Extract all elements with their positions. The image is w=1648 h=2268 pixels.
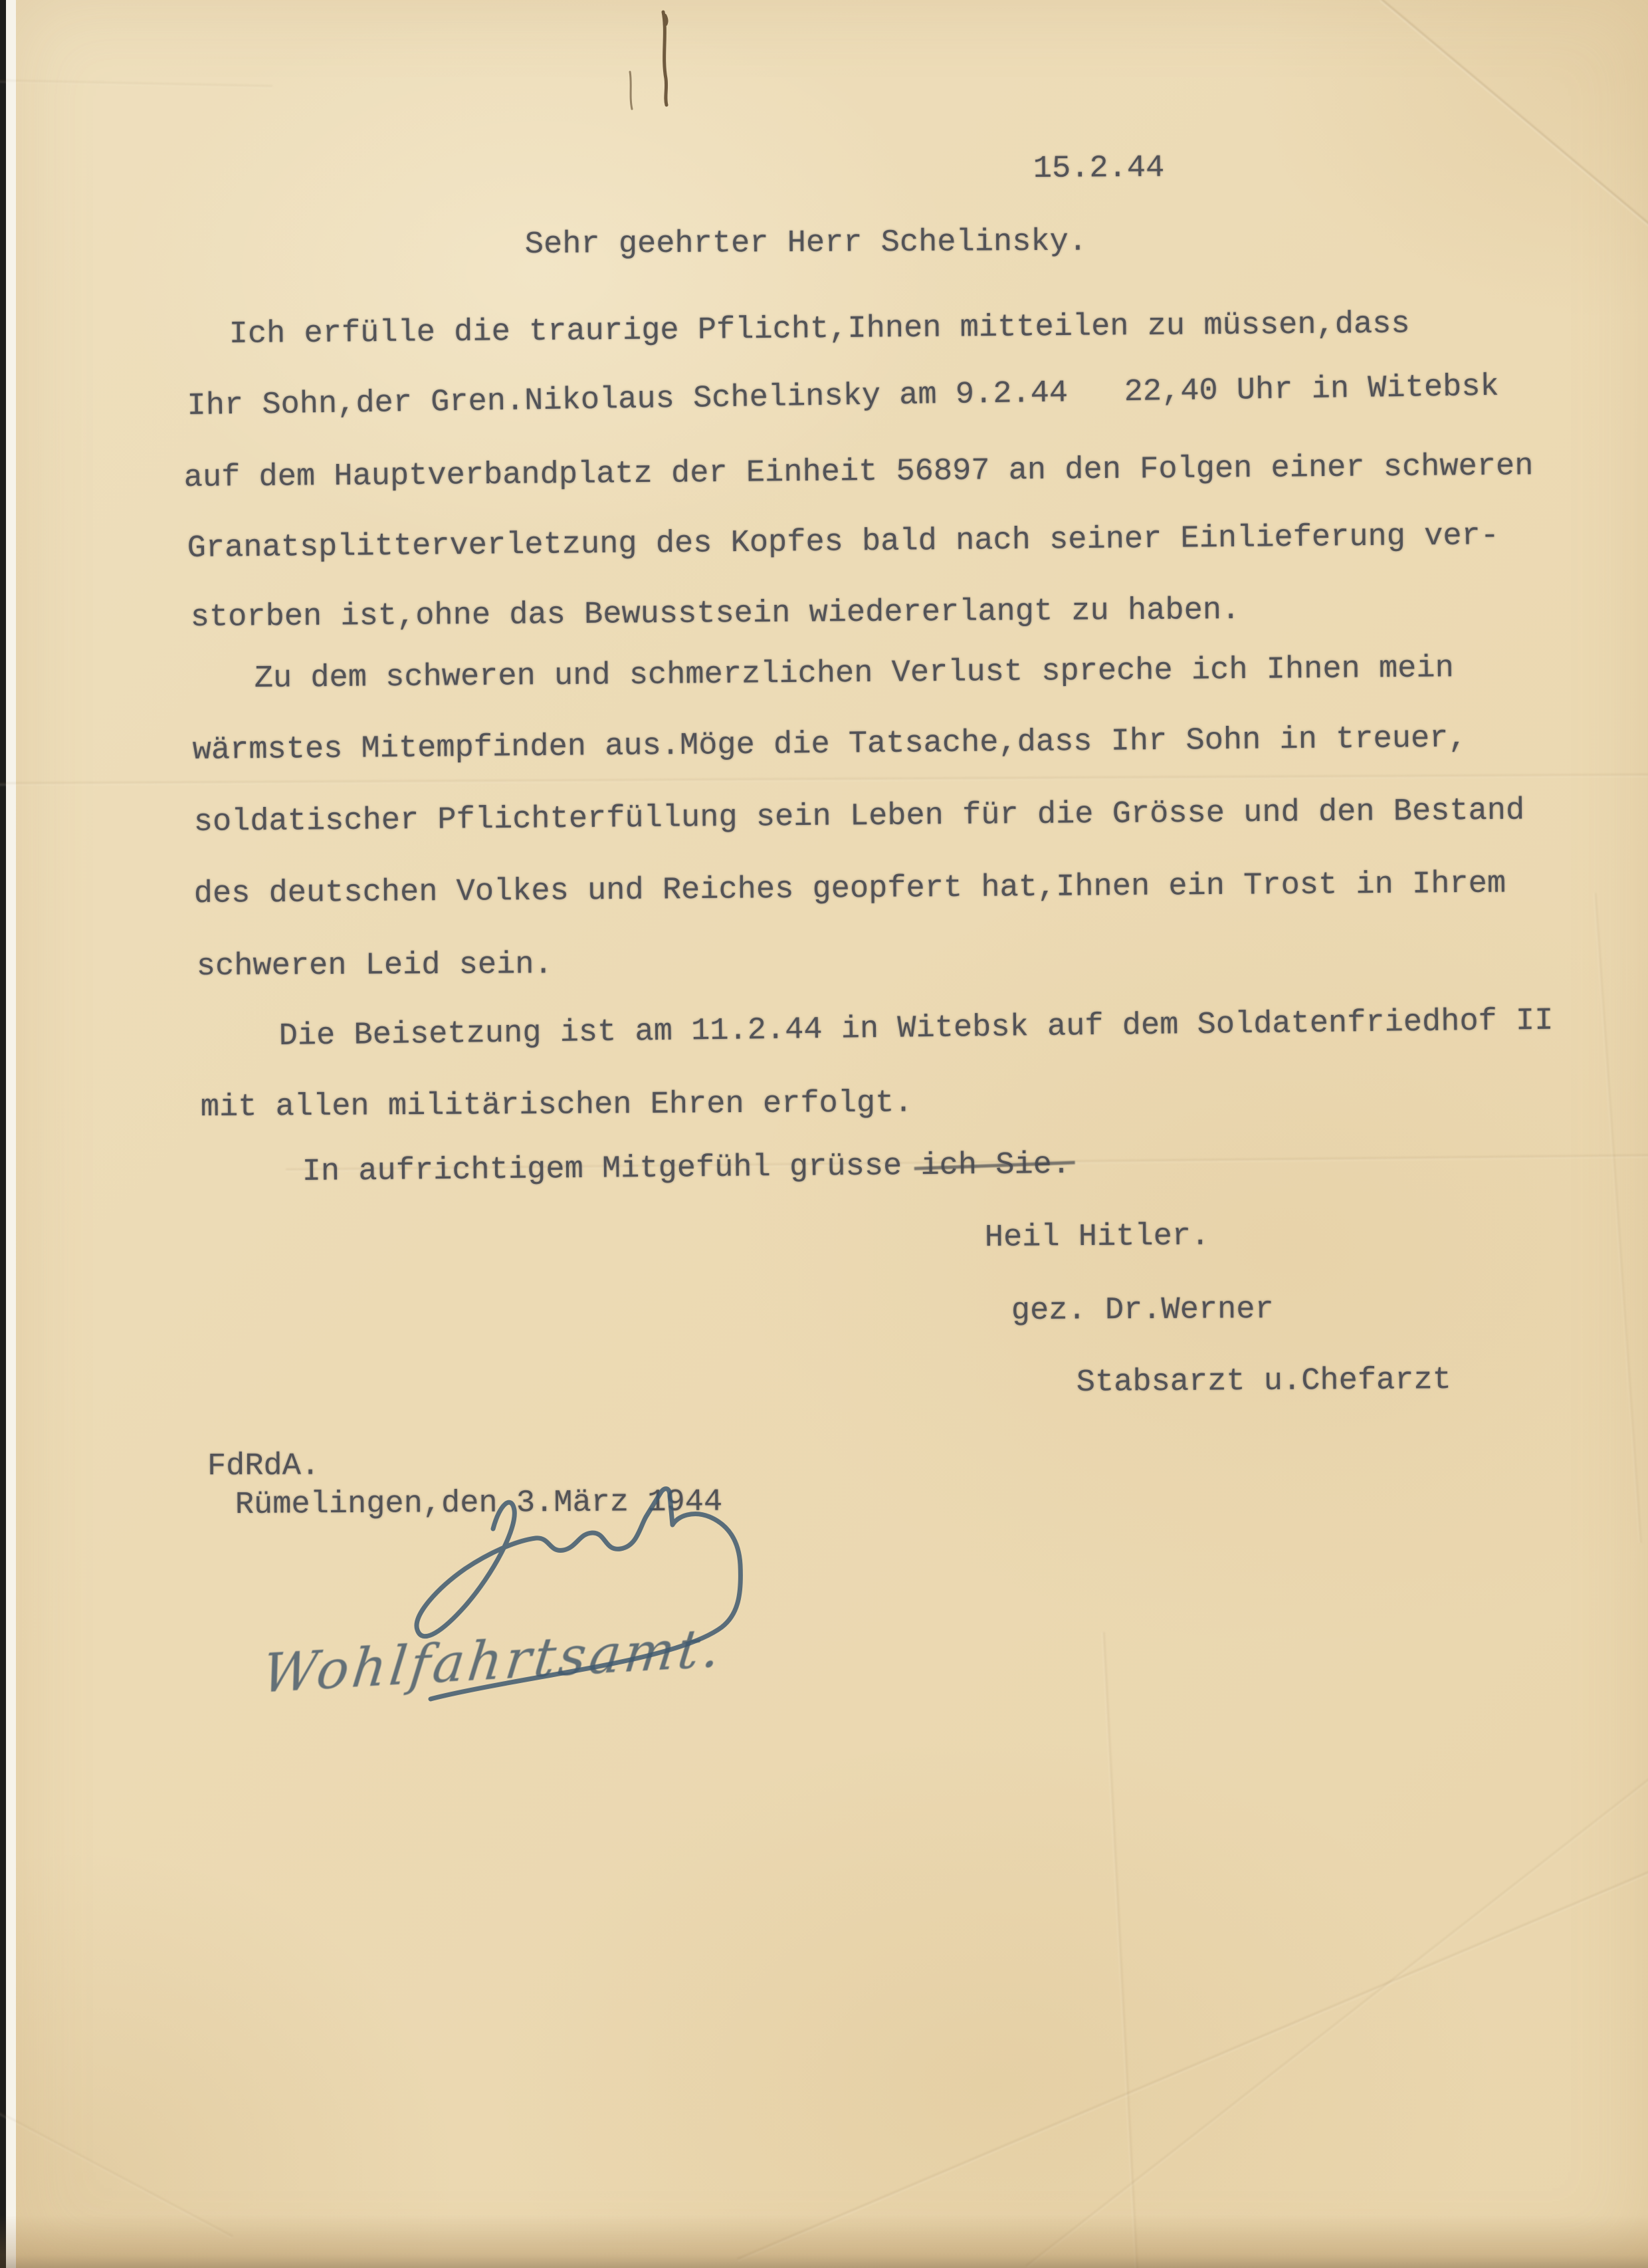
valediction-text: In aufrichtigem Mitgefühl grüsse xyxy=(302,1149,920,1190)
letter-date: 15.2.44 xyxy=(1033,151,1165,187)
footer-fdrda: FdRdA. xyxy=(207,1448,320,1484)
footer-place-date: Rümelingen,den 3.März 1944 xyxy=(235,1485,723,1523)
paragraph2-line4: des deutschen Volkes und Reiches geopfer… xyxy=(194,866,1506,912)
paragraph1-line2: Ihr Sohn,der Gren.Nikolaus Schelinsky am… xyxy=(187,370,1499,424)
paragraph2-line5: schweren Leid sein. xyxy=(197,947,553,984)
closing-rank: Stabsarzt u.Chefarzt xyxy=(1077,1363,1451,1401)
letter-content: 15.2.44 Sehr geehrter Herr Schelinsky. I… xyxy=(0,0,1648,2268)
paragraph3-line2: mit allen militärischen Ehren erfolgt. xyxy=(201,1085,913,1125)
handwritten-office-note: Wohlfahrtsamt. xyxy=(259,1617,727,1704)
valediction-struck-text: ich Sie. xyxy=(920,1147,1071,1184)
paragraph1-line1: Ich erfülle die traurige Pflicht,Ihnen m… xyxy=(229,306,1410,352)
paragraph1-line5: storben ist,ohne das Bewusstsein wiedere… xyxy=(191,593,1241,635)
paragraph2-line3: soldatischer Pflichterfüllung sein Leben… xyxy=(194,794,1525,840)
scanned-letter-page: { "letter": { "date": "15.2.44", "saluta… xyxy=(0,0,1648,2268)
closing-salute: Heil Hitler. xyxy=(985,1219,1210,1256)
valediction: In aufrichtigem Mitgefühl grüsse ich Sie… xyxy=(302,1147,1071,1190)
closing-signee: gez. Dr.Werner xyxy=(1011,1292,1274,1329)
salutation: Sehr geehrter Herr Schelinsky. xyxy=(525,225,1087,263)
paragraph1-line3: auf dem Hauptverbandplatz der Einheit 56… xyxy=(184,449,1534,496)
paragraph1-line4: Granatsplitterverletzung des Kopfes bald… xyxy=(187,518,1499,566)
paragraph3-line1: Die Beisetzung ist am 11.2.44 in Witebsk… xyxy=(278,1004,1553,1054)
paragraph2-line2: wärmstes Mitempfinden aus.Möge die Tatsa… xyxy=(192,721,1467,768)
paragraph2-line1: Zu dem schweren und schmerzlichen Verlus… xyxy=(255,651,1454,697)
